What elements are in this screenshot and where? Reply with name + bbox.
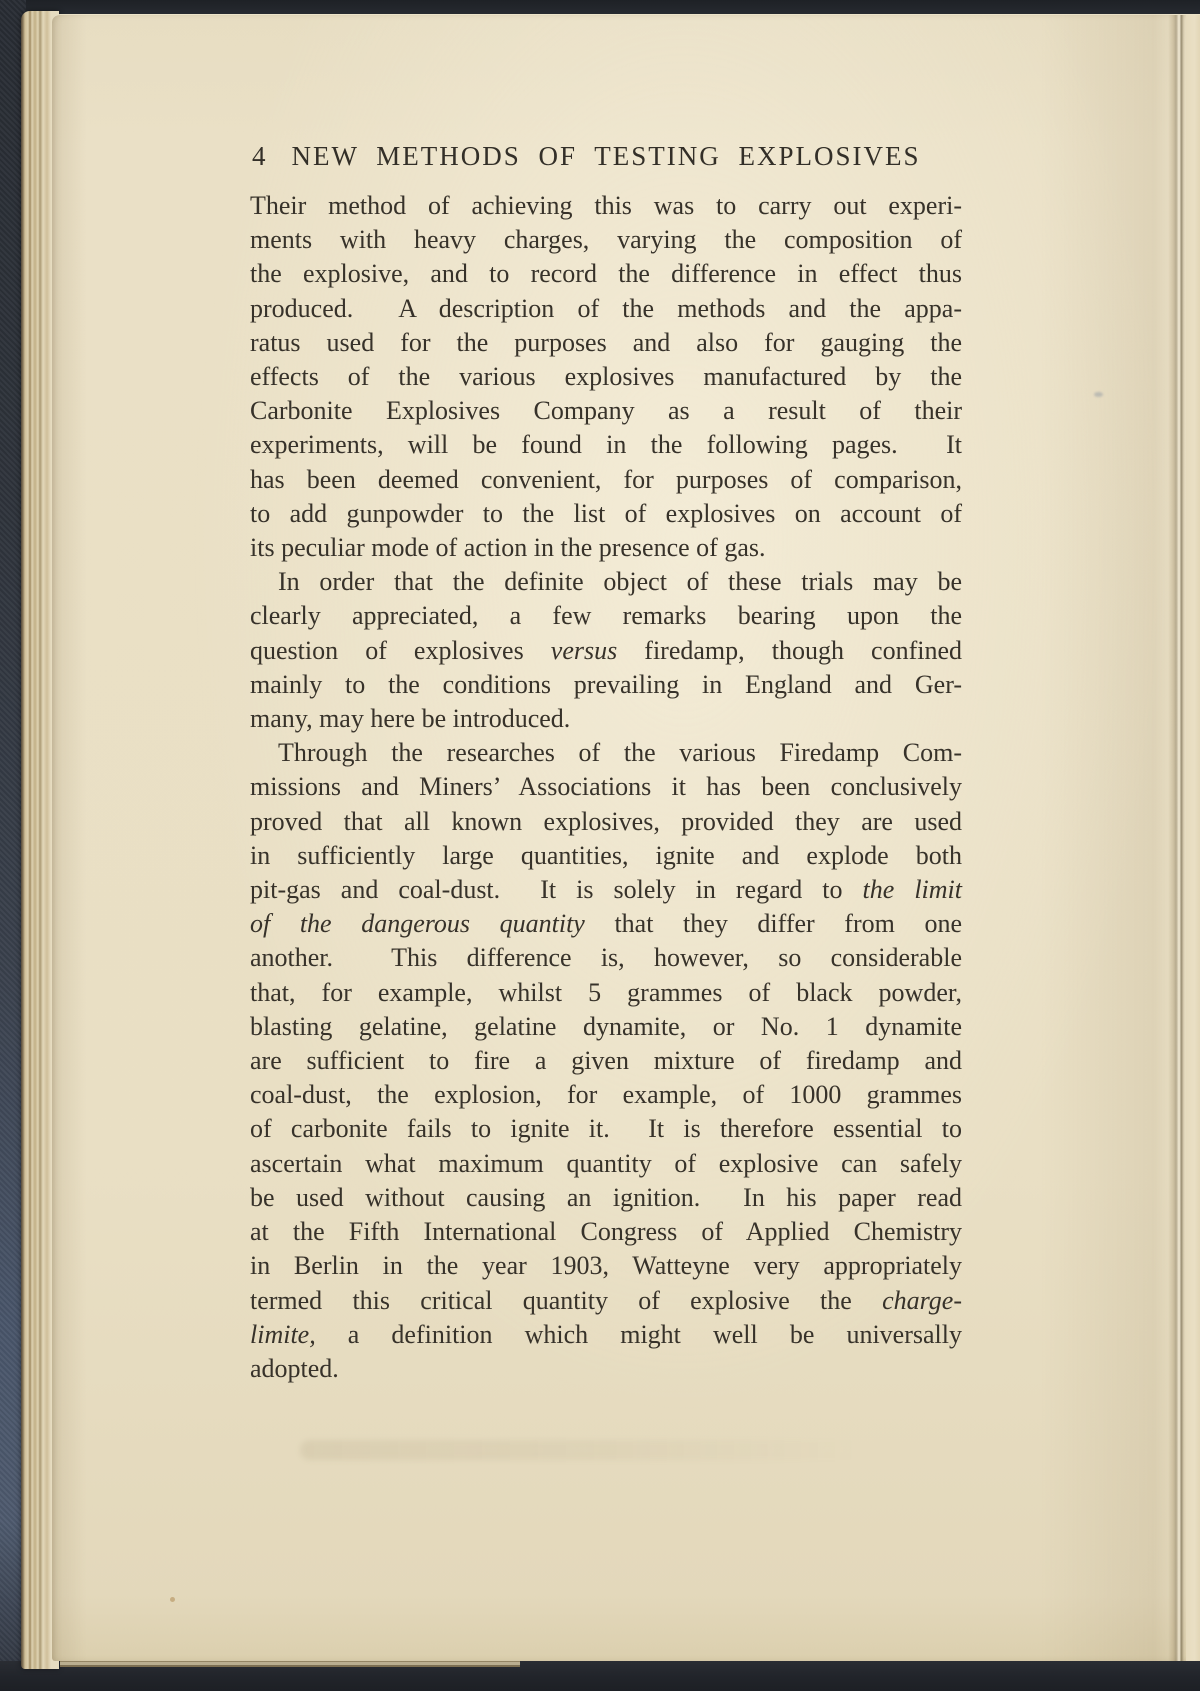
text-segment: are sufficient to fire a given mixture o… <box>250 1046 962 1075</box>
text-segment: coal-dust, the explosion, for example, o… <box>250 1080 962 1109</box>
italic-text: versus <box>551 636 617 665</box>
gutter-crease <box>1168 15 1186 1661</box>
text-segment: Their method of achieving this was to ca… <box>250 191 962 220</box>
text-line: in Berlin in the year 1903, Watteyne ver… <box>250 1249 962 1283</box>
text-line: produced. A description of the methods a… <box>250 292 962 326</box>
text-segment: the explosive, and to record the differe… <box>250 259 962 288</box>
text-segment: that they differ from one <box>585 909 962 938</box>
text-segment: produced. A description of the methods a… <box>250 294 962 323</box>
text-line: In order that the definite object of the… <box>250 565 962 599</box>
page-number: 4 <box>252 141 268 172</box>
book-page: 4 NEW METHODS OF TESTING EXPLOSIVES Thei… <box>52 14 1200 1661</box>
text-line: effects of the various explosives manufa… <box>250 360 962 394</box>
text-segment: mainly to the conditions prevailing in E… <box>250 670 962 699</box>
text-segment: In order that the definite object of the… <box>278 567 962 596</box>
text-segment: missions and Miners’ Associations it has… <box>250 772 962 801</box>
text-line: another. This difference is, however, so… <box>250 941 962 975</box>
text-line: of carbonite fails to ignite it. It is t… <box>250 1112 962 1146</box>
text-line: Their method of achieving this was to ca… <box>250 189 962 223</box>
text-segment: clearly appreciated, a few remarks beari… <box>250 601 962 630</box>
text-line: Through the researches of the various Fi… <box>250 736 962 770</box>
adjacent-page-sliver <box>1186 15 1200 1661</box>
text-line: to add gunpowder to the list of explosiv… <box>250 497 962 531</box>
text-line: are sufficient to fire a given mixture o… <box>250 1044 962 1078</box>
text-line: experiments, will be found in the follow… <box>250 428 962 462</box>
text-segment: many, may here be introduced. <box>250 704 570 733</box>
text-line: of the dangerous quantity that they diff… <box>250 907 962 941</box>
italic-text: charge- <box>882 1286 962 1315</box>
text-segment: ratus used for the purposes and also for… <box>250 328 962 357</box>
text-segment: experiments, will be found in the follow… <box>250 430 962 459</box>
text-segment: in Berlin in the year 1903, Watteyne ver… <box>250 1251 962 1280</box>
text-segment: blasting gelatine, gelatine dynamite, or… <box>250 1012 962 1041</box>
text-line: coal-dust, the explosion, for example, o… <box>250 1078 962 1112</box>
text-line: has been deemed convenient, for purposes… <box>250 463 962 497</box>
italic-text: limite, <box>250 1320 316 1349</box>
text-line: mainly to the conditions prevailing in E… <box>250 668 962 702</box>
paragraph: Through the researches of the various Fi… <box>250 736 962 1386</box>
italic-text: the limit <box>863 875 962 904</box>
text-segment: of carbonite fails to ignite it. It is t… <box>250 1114 962 1143</box>
text-line: Carbonite Explosives Company as a result… <box>250 394 962 428</box>
text-segment: adopted. <box>250 1354 339 1383</box>
text-segment: pit-gas and coal-dust. It is solely in r… <box>250 875 863 904</box>
text-line: that, for example, whilst 5 grammes of b… <box>250 976 962 1010</box>
text-segment: Carbonite Explosives Company as a result… <box>250 396 962 425</box>
text-line: many, may here be introduced. <box>250 702 962 736</box>
text-line: termed this critical quantity of explosi… <box>250 1284 962 1318</box>
book-scan: 4 NEW METHODS OF TESTING EXPLOSIVES Thei… <box>0 0 1200 1691</box>
page-title: NEW METHODS OF TESTING EXPLOSIVES <box>250 141 962 172</box>
text-segment: question of explosives <box>250 636 551 665</box>
paragraph: In order that the definite object of the… <box>250 565 962 736</box>
text-line: at the Fifth International Congress of A… <box>250 1215 962 1249</box>
text-line: pit-gas and coal-dust. It is solely in r… <box>250 873 962 907</box>
text-line: adopted. <box>250 1352 962 1386</box>
text-segment: a definition which might well be univers… <box>316 1320 962 1349</box>
text-segment: in sufficiently large quantities, ignite… <box>250 841 962 870</box>
text-line: missions and Miners’ Associations it has… <box>250 770 962 804</box>
paragraph: Their method of achieving this was to ca… <box>250 189 962 565</box>
text-segment: proved that all known explosives, provid… <box>250 807 962 836</box>
text-segment: another. This difference is, however, so… <box>250 943 962 972</box>
text-segment: ascertain what maximum quantity of explo… <box>250 1149 962 1178</box>
text-line: ments with heavy charges, varying the co… <box>250 223 962 257</box>
text-line: limite, a definition which might well be… <box>250 1318 962 1352</box>
paper-speck <box>170 1597 175 1602</box>
text-segment: effects of the various explosives manufa… <box>250 362 962 391</box>
running-head: 4 NEW METHODS OF TESTING EXPLOSIVES <box>250 141 962 177</box>
text-segment: at the Fifth International Congress of A… <box>250 1217 962 1246</box>
text-segment: that, for example, whilst 5 grammes of b… <box>250 978 962 1007</box>
text-line: question of explosives versus firedamp, … <box>250 634 962 668</box>
show-through-smudge <box>300 1440 860 1460</box>
text-segment: ments with heavy charges, varying the co… <box>250 225 962 254</box>
text-line: the explosive, and to record the differe… <box>250 257 962 291</box>
text-line: be used without causing an ignition. In … <box>250 1181 962 1215</box>
scan-artifact <box>1094 392 1103 397</box>
text-segment: has been deemed convenient, for purposes… <box>250 465 962 494</box>
text-line: proved that all known explosives, provid… <box>250 805 962 839</box>
text-line: ascertain what maximum quantity of explo… <box>250 1147 962 1181</box>
body-text: Their method of achieving this was to ca… <box>250 189 962 1386</box>
text-segment: firedamp, though confined <box>617 636 962 665</box>
text-segment: Through the researches of the various Fi… <box>278 738 962 767</box>
text-segment: be used without causing an ignition. In … <box>250 1183 962 1212</box>
text-line: ratus used for the purposes and also for… <box>250 326 962 360</box>
text-line: clearly appreciated, a few remarks beari… <box>250 599 962 633</box>
text-line: its peculiar mode of action in the prese… <box>250 531 962 565</box>
text-segment: its peculiar mode of action in the prese… <box>250 533 765 562</box>
text-segment: termed this critical quantity of explosi… <box>250 1286 882 1315</box>
text-line: in sufficiently large quantities, ignite… <box>250 839 962 873</box>
text-line: blasting gelatine, gelatine dynamite, or… <box>250 1010 962 1044</box>
italic-text: of the dangerous quantity <box>250 909 585 938</box>
text-segment: to add gunpowder to the list of explosiv… <box>250 499 962 528</box>
